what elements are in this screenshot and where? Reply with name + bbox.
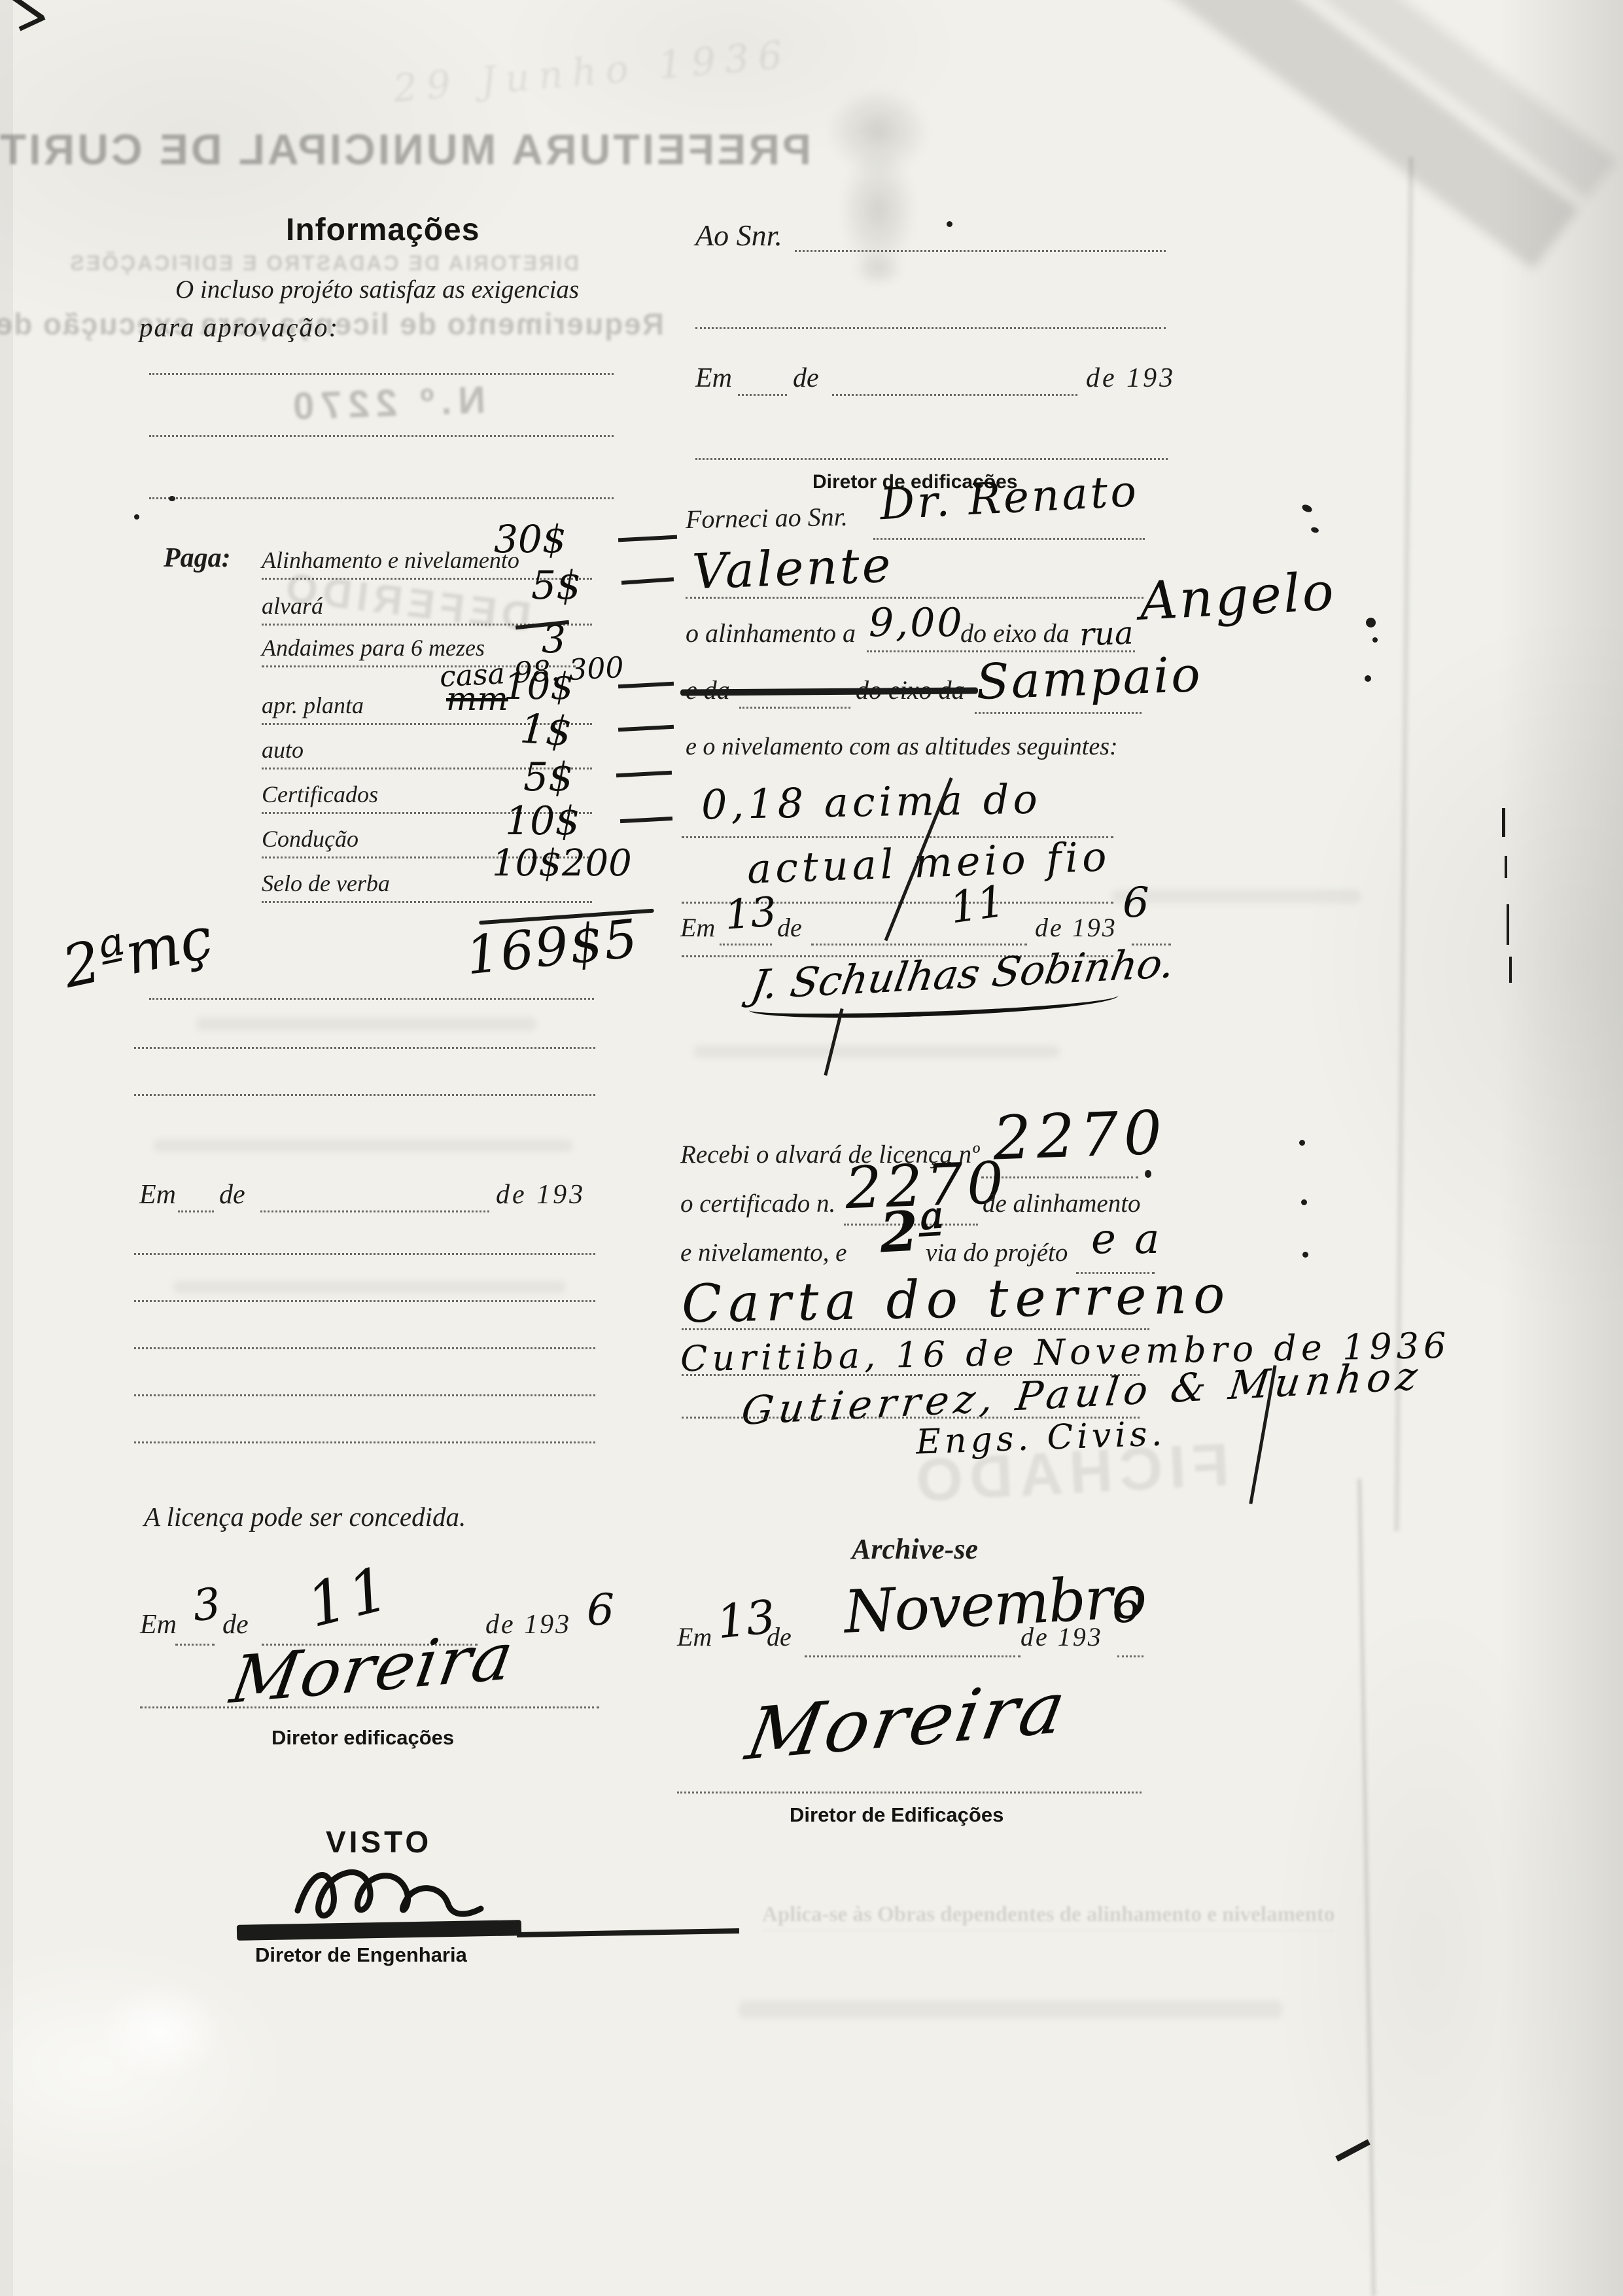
ghost-bottom-note: Aplica-se às Obras dependentes de alinha…	[762, 1904, 1335, 1932]
approval-date-de: de	[222, 1611, 249, 1638]
ink-speck	[1310, 527, 1319, 534]
ghost-subtitle: DIRETORIA DE CADASTRO E EDIFICAÇÕES	[173, 253, 579, 274]
blank-line	[149, 435, 614, 437]
ghost-title: PREFEITURA MUNICIPAL DE CURITIBA	[92, 128, 811, 171]
fee-label-selo: Selo de verba	[262, 872, 390, 895]
date-dotted	[832, 394, 1077, 396]
approval-note: A licença pode ser concedida.	[144, 1504, 466, 1530]
fee-label-auto: auto	[262, 738, 304, 762]
dash-stroke	[620, 817, 672, 823]
date-dotted	[805, 1655, 1021, 1657]
fee-struck-note: mm	[446, 682, 508, 715]
fee-value-auto: 1$	[519, 708, 573, 752]
fee-label-alvara: alvará	[262, 594, 323, 618]
date1-de193: de 193	[1035, 915, 1117, 941]
approval-date-em: Em	[140, 1611, 177, 1638]
approval-date-day: 3	[191, 1582, 223, 1628]
forneci-name-1: Dr. Renato	[879, 470, 1140, 527]
blank-line	[134, 1347, 595, 1349]
date-dotted	[178, 1210, 214, 1212]
left-blank-date-em: Em	[139, 1181, 176, 1209]
vertical-crease-2	[1357, 1479, 1376, 2296]
receipt-line-2b: de alinhamento	[983, 1191, 1141, 1216]
date1-em: Em	[680, 915, 715, 941]
date2-de193: de 193	[1021, 1624, 1103, 1650]
right-blank-date-de193: de 193	[1086, 364, 1176, 392]
license-number: 2270	[992, 1103, 1168, 1169]
fee-value-apr-planta: 10$	[504, 669, 574, 705]
align-value: 9,00	[869, 603, 964, 643]
date-dotted	[175, 1644, 215, 1646]
to-label: Ao Snr.	[695, 221, 782, 251]
dash-stroke	[621, 577, 674, 585]
approval-role: Diretor edificações	[271, 1727, 454, 1748]
fee-value-certificados: 5$	[523, 758, 573, 797]
align-label-2: do eixo da	[960, 620, 1070, 646]
ink-speck	[1145, 1170, 1151, 1178]
forneci-label: Forneci ao Snr.	[686, 504, 848, 533]
ink-speck	[1365, 675, 1371, 682]
edge-stitch-mark	[1507, 904, 1509, 945]
ink-speck	[947, 221, 952, 227]
receipt-line-3c: e a	[1091, 1218, 1162, 1260]
forneci-name-2: Valente	[691, 541, 894, 597]
blank-line	[149, 373, 614, 375]
date2-year: 6	[1112, 1583, 1142, 1629]
fee-value-alvara: 5$	[531, 566, 581, 605]
fill-in-dotted	[686, 597, 1143, 599]
edge-stitch-mark	[1502, 808, 1505, 837]
bleed-smudge	[739, 2001, 1282, 2018]
ink-speck	[1301, 503, 1314, 514]
blank-line	[149, 497, 614, 499]
section-header-informacoes: Informações	[286, 215, 480, 246]
dash-stroke	[618, 535, 677, 542]
fee-value-selo: 10$200	[492, 845, 632, 882]
dash-stroke	[616, 771, 672, 777]
crest-bleed	[821, 88, 935, 285]
receipt-line-3b: via do projéto	[926, 1240, 1068, 1265]
street-name-2: Sampaio	[975, 650, 1203, 707]
director-role-2: Diretor de Edificações	[790, 1805, 1003, 1825]
ghost-request-line: Requerimento de licença para execução de…	[36, 309, 664, 339]
bleed-smudge	[173, 1281, 566, 1293]
date1-day: 13	[724, 891, 778, 935]
margin-note: 2ªmç	[58, 909, 217, 997]
nivel-label: e o nivelamento com as altitudes seguint…	[686, 734, 1118, 759]
intro-line-1: O incluso projéto satisfaz as exigencias	[175, 277, 579, 302]
fee-label-apr-planta: apr. planta	[262, 694, 364, 717]
approval-date-year: 6	[587, 1589, 614, 1632]
fee-label-certificados: Certificados	[262, 783, 378, 806]
signature-1-descender	[824, 1008, 843, 1076]
ink-speck	[1372, 637, 1378, 643]
paga-label: Paga:	[164, 544, 231, 572]
ink-speck	[1366, 618, 1376, 627]
receipt-line-2a: o certificado n.	[680, 1191, 835, 1216]
date-dotted	[720, 944, 772, 945]
edge-stitch-mark	[1505, 856, 1507, 878]
altitude-line-2: actual meio fio	[746, 836, 1111, 889]
fees-total: 169$5	[464, 912, 641, 982]
intro-line-2: para aprovação:	[139, 314, 339, 341]
blank-line	[134, 1441, 595, 1443]
ink-speck	[1301, 1199, 1307, 1205]
dash-stroke	[618, 725, 674, 732]
archive-label: Archive-se	[852, 1535, 978, 1564]
date-dotted	[811, 944, 1027, 945]
date2-de: de	[767, 1624, 792, 1650]
fill-in-dotted	[873, 538, 1145, 540]
right-blank-date-de: de	[793, 364, 819, 392]
blank-line	[134, 1094, 595, 1096]
date2-em: Em	[677, 1624, 712, 1650]
bleed-smudge	[196, 1017, 536, 1031]
altitude-line-1: 0,18 acima do	[701, 779, 1041, 825]
blank-line	[149, 998, 594, 1000]
signature-3: Moreira	[741, 1671, 1073, 1770]
date-dotted	[260, 1210, 489, 1212]
struck-dotted	[739, 707, 850, 709]
ink-speck	[134, 514, 139, 520]
fee-label-alinhamento: Alinhamento e nivelamento	[262, 548, 519, 572]
dash-stroke	[618, 682, 674, 688]
date1-year: 6	[1123, 882, 1149, 924]
left-blank-date-de193: de 193	[496, 1181, 585, 1209]
fee-label-andaimes: Andaimes para 6 mezes	[262, 636, 485, 660]
align-rua: rua	[1079, 618, 1134, 651]
ghost-doc-number: N.º 2270	[202, 378, 570, 429]
blank-line	[134, 1300, 595, 1302]
carta-note: Carta do terreno	[681, 1269, 1232, 1331]
receipt-line-3a: e nivelamento, e	[680, 1240, 846, 1265]
approval-date-month: 11	[302, 1558, 398, 1636]
visto-bar-extension	[517, 1928, 739, 1937]
blank-line	[795, 250, 1166, 252]
right-blank-date-em: Em	[695, 364, 732, 392]
visto-role: Diretor de Engenharia	[255, 1945, 467, 1965]
approval-signature: Moreira	[226, 1624, 519, 1713]
left-blank-date-de: de	[219, 1181, 245, 1209]
fee-value-alinhamento: 30$	[494, 520, 567, 558]
blank-line	[695, 458, 1168, 460]
date1-de: de	[777, 915, 802, 941]
fill-in-dotted	[975, 712, 1142, 714]
blank-line	[134, 1047, 595, 1049]
edge-stitch-mark	[1509, 957, 1512, 983]
fill-in-dotted	[682, 1328, 1149, 1330]
ink-speck	[1302, 1252, 1308, 1258]
ink-speck	[1299, 1140, 1305, 1146]
ghost-pencil-note: 29 Junho 1936	[392, 35, 793, 108]
corner-ink-mark-2	[18, 15, 45, 31]
bleed-smudge	[693, 1046, 1060, 1057]
fee-dotted-line	[262, 901, 592, 903]
scanned-document-page: PREFEITURA MUNICIPAL DE CURITIBA DIRETOR…	[0, 0, 1623, 2296]
paper-hole-highlight	[98, 1983, 222, 2081]
signature-2-role: Engs. Civis.	[915, 1417, 1166, 1459]
right-edge-shade	[1498, 0, 1623, 2296]
signature-dotted-line	[140, 1706, 599, 1708]
blank-line	[134, 1253, 595, 1255]
blank-line	[134, 1394, 595, 1396]
signature-dotted-line	[677, 1792, 1142, 1793]
street-name-1: Angelo	[1138, 565, 1336, 628]
blank-line	[695, 327, 1166, 329]
date-dotted	[738, 394, 787, 396]
bleed-smudge	[1112, 890, 1361, 903]
date1-month: 11	[947, 879, 1007, 930]
date-dotted	[1117, 1655, 1143, 1657]
crease-hook-mark	[1335, 2139, 1370, 2161]
fee-value-conducao: 10$	[505, 802, 580, 841]
left-edge-shade	[0, 0, 13, 2296]
bleed-smudge	[154, 1140, 572, 1152]
align-label-1: o alinhamento a	[686, 620, 856, 646]
fee-label-conducao: Condução	[262, 827, 358, 851]
